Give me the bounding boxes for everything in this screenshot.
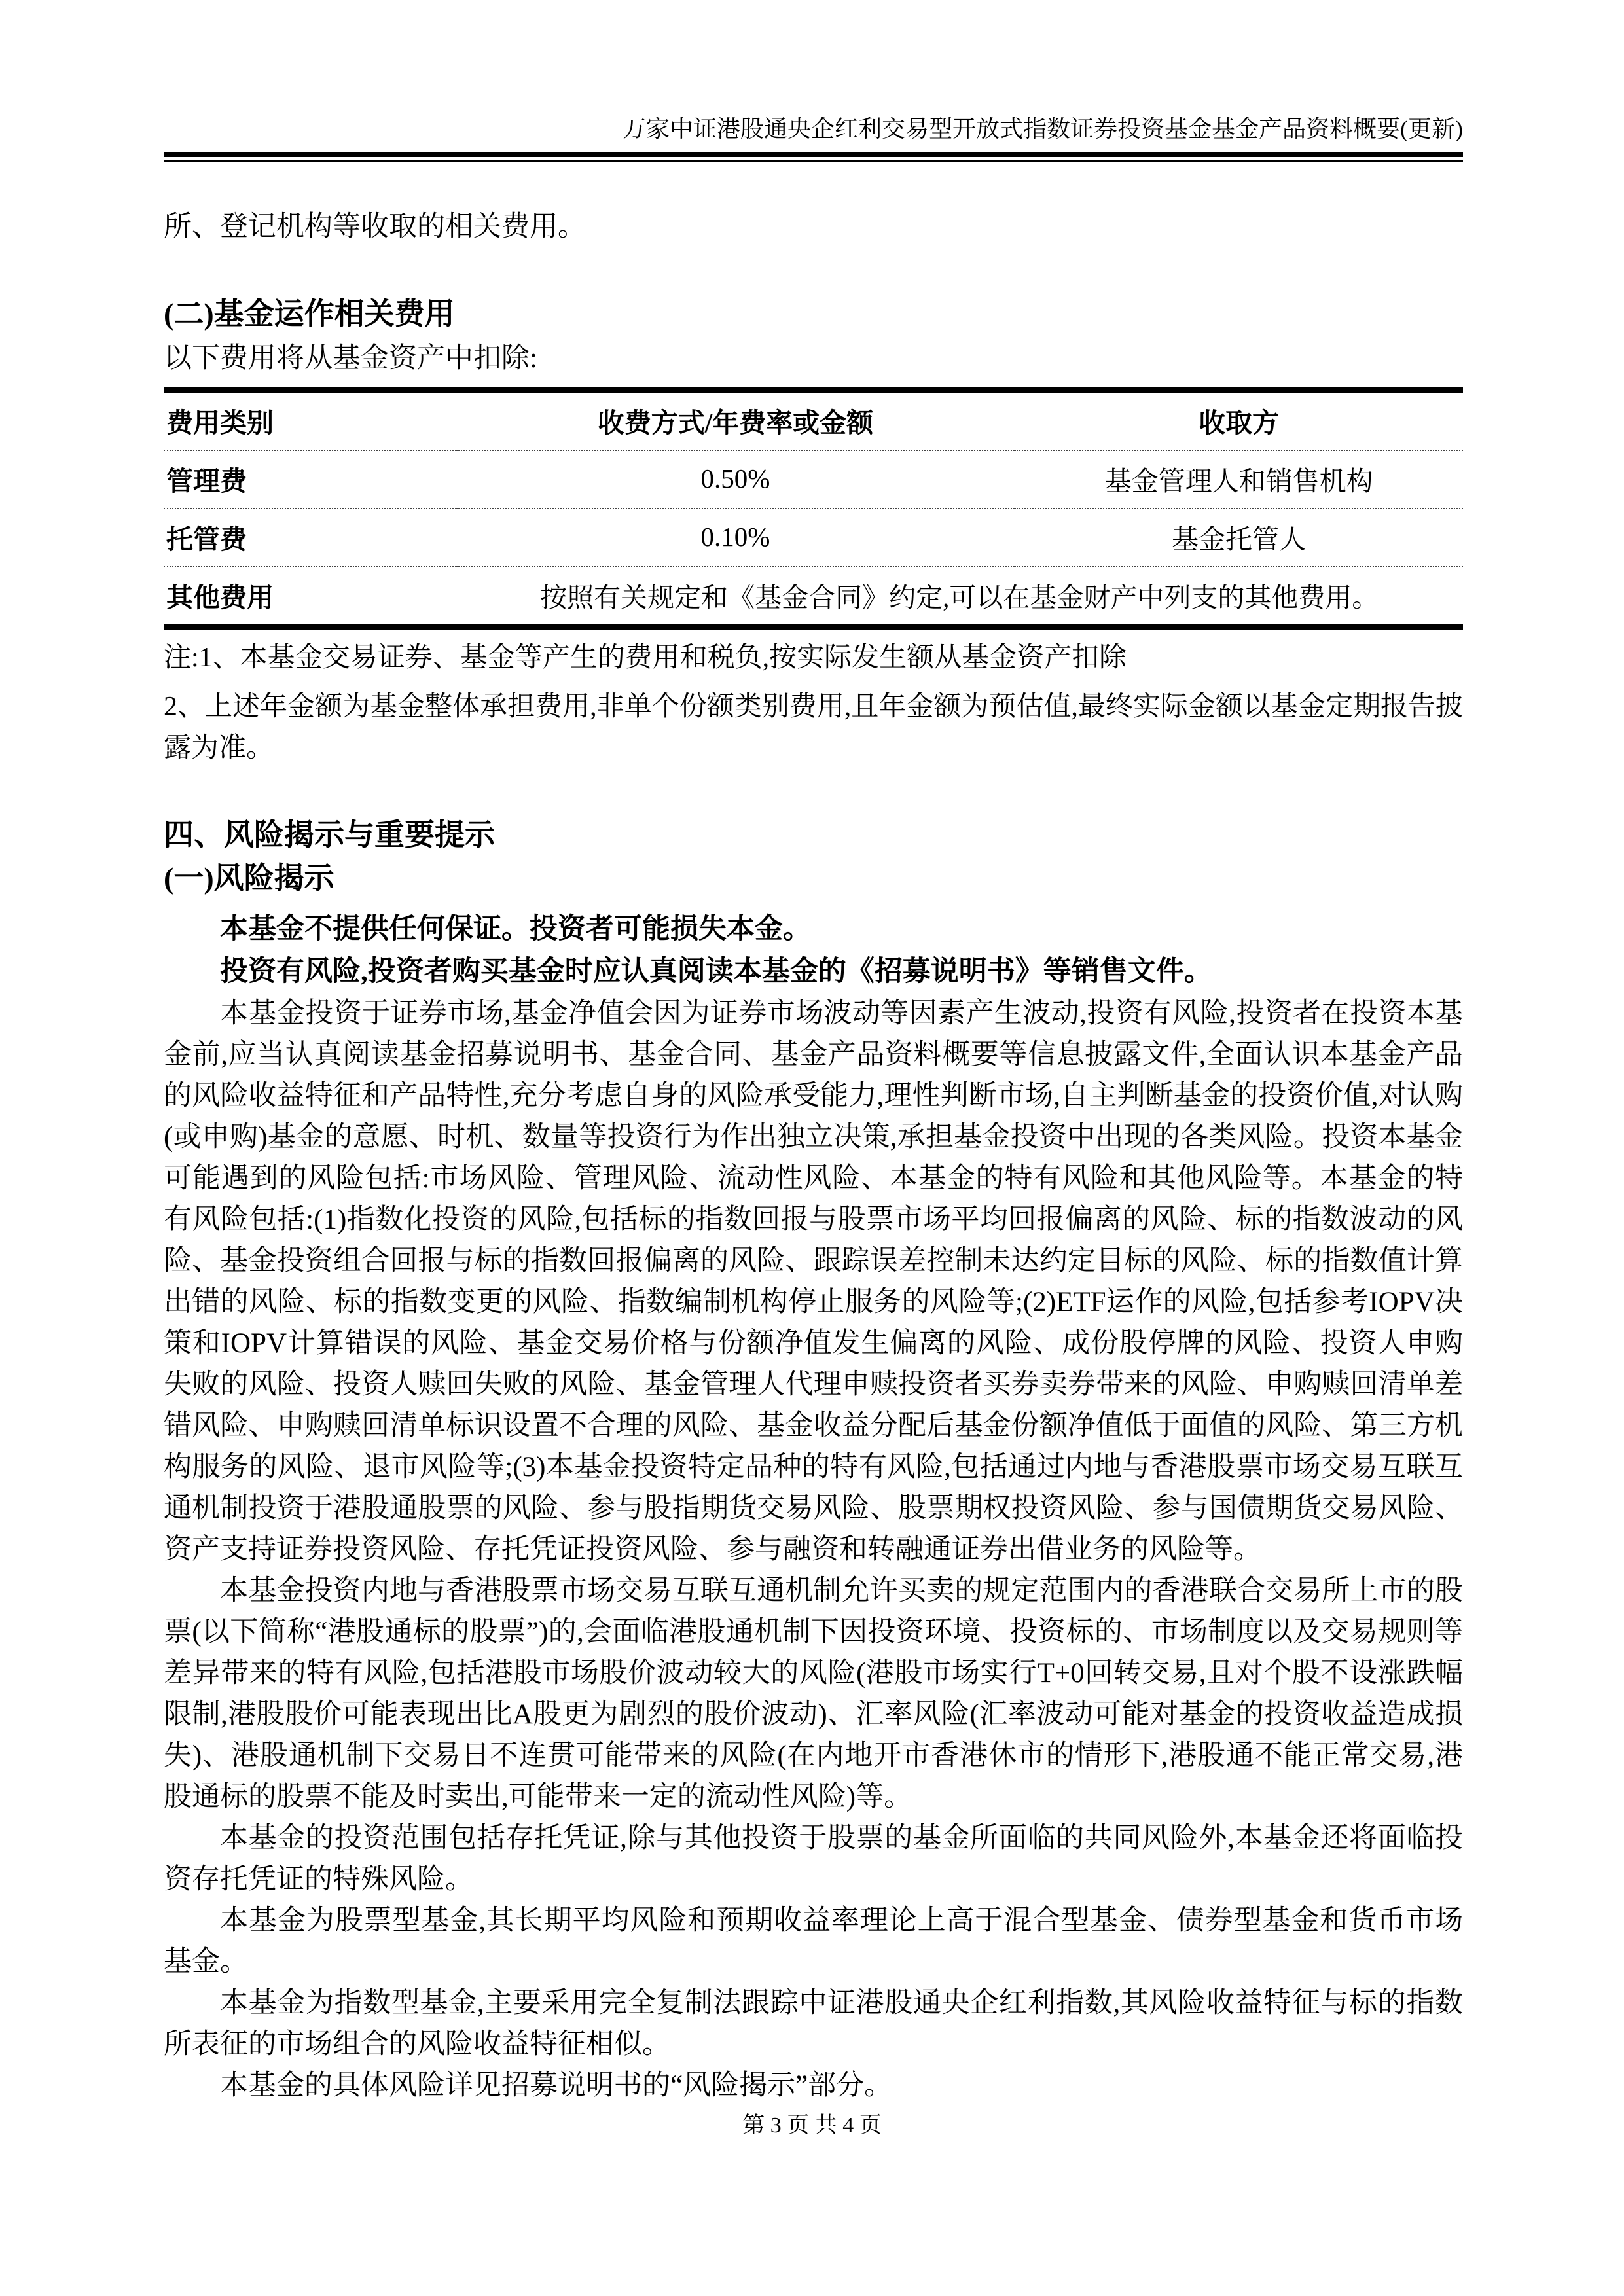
- risk-paragraph-hk-connect: 本基金投资内地与香港股票市场交易互联互通机制允许买卖的规定范围内的香港联合交易所…: [164, 1570, 1463, 1818]
- risk-warning-statement-1: 本基金不提供任何保证。投资者可能损失本金。: [164, 908, 1463, 950]
- table-row: 其他费用 按照有关规定和《基金合同》约定,可以在基金财产中列支的其他费用。: [164, 567, 1463, 627]
- fees-intro-text: 以下费用将从基金资产中扣除:: [164, 339, 1463, 378]
- fees-col-header-payee: 收取方: [1015, 390, 1463, 450]
- risk-subsection-heading: (一)风险揭示: [164, 859, 1463, 897]
- fees-col-header-type: 费用类别: [164, 390, 456, 450]
- table-row: 管理费 0.50% 基金管理人和销售机构: [164, 450, 1463, 509]
- page-header-title: 万家中证港股通央企红利交易型开放式指数证券投资基金基金产品资料概要(更新): [164, 0, 1463, 143]
- fee-type-custody: 托管费: [164, 509, 456, 567]
- risk-paragraph-prospectus-reference: 本基金的具体风险详见招募说明书的“风险揭示”部分。: [164, 2065, 1463, 2106]
- page-footer: 第 3 页 共 4 页: [0, 2107, 1624, 2139]
- risk-paragraph-general: 本基金投资于证券市场,基金净值会因为证券市场波动等因素产生波动,投资有风险,投资…: [164, 993, 1463, 1570]
- fee-note-1: 注:1、本基金交易证券、基金等产生的费用和税负,按实际发生额从基金资产扣除: [164, 637, 1463, 679]
- fees-table-header-row: 费用类别 收费方式/年费率或金额 收取方: [164, 390, 1463, 450]
- fees-col-header-rate: 收费方式/年费率或金额: [456, 390, 1015, 450]
- risk-paragraph-equity-fund: 本基金为股票型基金,其长期平均风险和预期收益率理论上高于混合型基金、债券型基金和…: [164, 1900, 1463, 1982]
- fees-section-heading: (二)基金运作相关费用: [164, 296, 1463, 332]
- risk-warning-statement-2: 投资有风险,投资者购买基金时应认真阅读本基金的《招募说明书》等销售文件。: [164, 950, 1463, 993]
- document-page: 万家中证港股通央企红利交易型开放式指数证券投资基金基金产品资料概要(更新) 所、…: [0, 0, 1624, 2296]
- fee-note-2: 2、上述年金额为基金整体承担费用,非单个份额类别费用,且年金额为预估值,最终实际…: [164, 687, 1463, 769]
- fee-type-other: 其他费用: [164, 567, 456, 627]
- risk-section-heading: 四、风险揭示与重要提示: [164, 816, 1463, 854]
- risk-paragraph-depositary-receipts: 本基金的投资范围包括存托凭证,除与其他投资于股票的基金所面临的共同风险外,本基金…: [164, 1818, 1463, 1900]
- fee-rate-custody: 0.10%: [456, 509, 1015, 567]
- carryover-paragraph: 所、登记机构等收取的相关费用。: [164, 206, 1463, 247]
- fee-rate-management: 0.50%: [456, 450, 1015, 509]
- table-row: 托管费 0.10% 基金托管人: [164, 509, 1463, 567]
- fee-payee-custody: 基金托管人: [1015, 509, 1463, 567]
- fees-table: 费用类别 收费方式/年费率或金额 收取方 管理费 0.50% 基金管理人和销售机…: [164, 387, 1463, 630]
- fee-payee-management: 基金管理人和销售机构: [1015, 450, 1463, 509]
- fee-description-other: 按照有关规定和《基金合同》约定,可以在基金财产中列支的其他费用。: [456, 567, 1463, 627]
- header-divider: [164, 152, 1463, 162]
- risk-paragraph-index-fund: 本基金为指数型基金,主要采用完全复制法跟踪中证港股通央企红利指数,其风险收益特征…: [164, 1982, 1463, 2065]
- fee-type-management: 管理费: [164, 450, 456, 509]
